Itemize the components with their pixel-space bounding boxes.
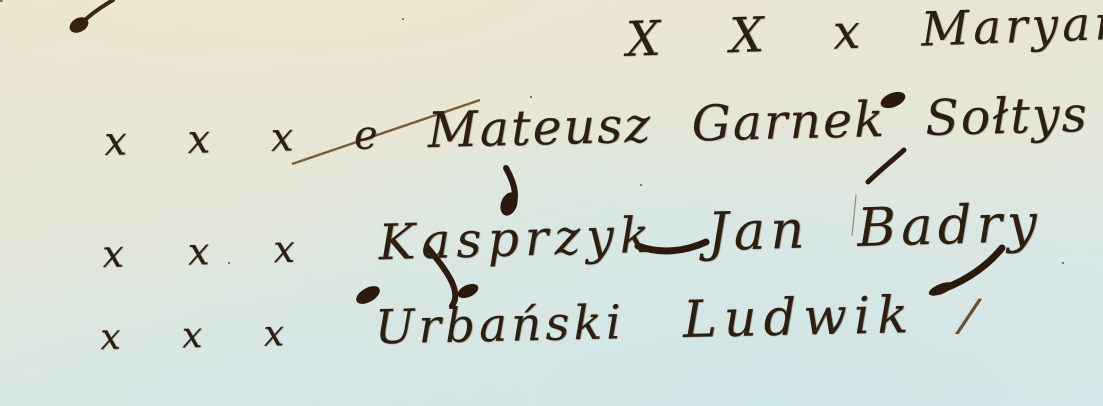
paper-dark-specks: [0, 0, 2, 2]
signature-line: x x x Kasprzyk Jan Badry: [101, 193, 1042, 280]
signature-line: X X x Maryanna: [625, 0, 1103, 68]
signature-name: Mateusz Garnek Sołtys: [427, 86, 1089, 159]
signature-marks: X X x: [625, 3, 888, 68]
pen-flourish-mark: /: [958, 287, 980, 342]
signature-line: x x x Urbański Ludwik /: [99, 285, 977, 362]
signature-line: x x x e Mateusz Garnek Sołtys: [103, 86, 1089, 167]
signature-marks: x x x e: [104, 112, 403, 165]
signature-name: Maryanna: [920, 0, 1103, 58]
manuscript-page: X X x Maryanna x x x e Mateusz Garnek So…: [0, 0, 1103, 406]
ink-blot-top-left: [67, 14, 91, 36]
signature-name: Urbański: [374, 295, 625, 355]
signature-name-second: Jan Badry: [707, 193, 1043, 263]
signature-marks: x x x: [102, 226, 322, 276]
signature-name: Kasprzyk: [378, 207, 656, 272]
signature-name-second: Ludwik: [682, 286, 915, 350]
stray-stroke-top-left: [84, 0, 113, 21]
tail-stroke-soltys: [868, 150, 904, 182]
signature-marks: x x x: [100, 313, 310, 358]
descender-stroke-line2: [506, 168, 515, 210]
